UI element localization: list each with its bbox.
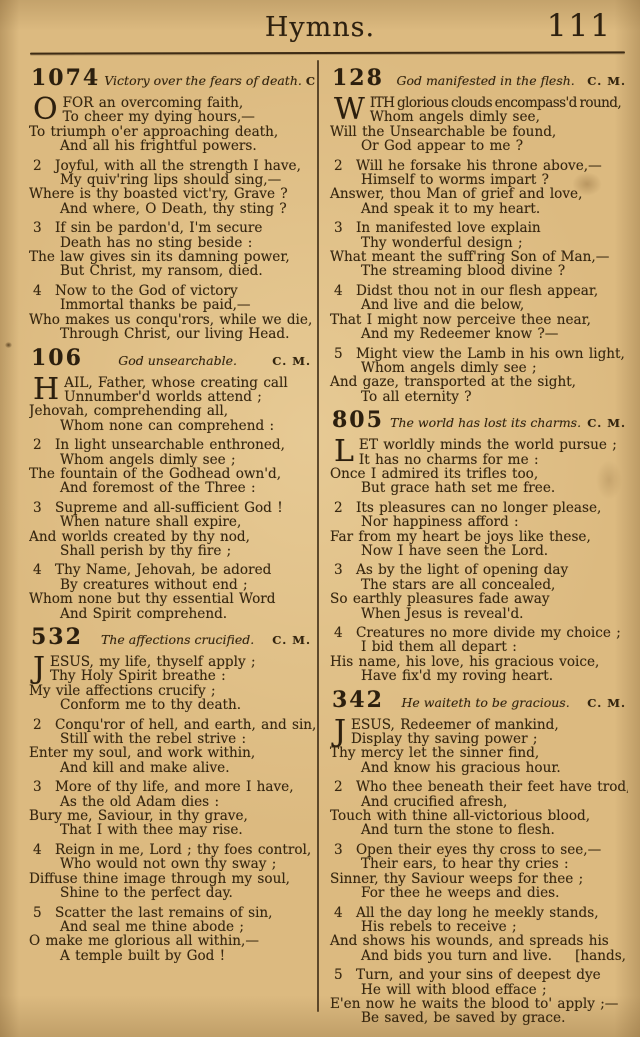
verse-line: I bid them all depart : bbox=[330, 640, 628, 654]
verse-line: ESUS, my life, thyself apply ; bbox=[29, 655, 313, 669]
stanza: 4Thy Name, Jehovah, be adoredBy creature… bbox=[29, 563, 313, 621]
verse-line: To all eternity ? bbox=[330, 390, 628, 404]
drop-cap: J bbox=[33, 656, 45, 682]
verse-line: Whom angels dimly see, bbox=[330, 110, 628, 124]
verse-line: 3As by the light of opening day bbox=[330, 563, 628, 577]
verse-line-text: And Spirit comprehend. bbox=[60, 606, 227, 622]
stanza: 2Joyful, with all the strength I have,My… bbox=[29, 159, 313, 217]
stanza: 2Will he forsake his throne above,—Himse… bbox=[330, 159, 628, 217]
stanza: 4Now to the God of victoryImmortal thank… bbox=[29, 284, 313, 342]
verse-line: 5Scatter the last remains of sin, bbox=[29, 906, 313, 920]
verse-line: And shows his wounds, and spreads his bbox=[330, 934, 628, 948]
verse-line-text: Through Christ, our living Head. bbox=[60, 326, 289, 342]
verse-line: Far from my heart be joys like these, bbox=[330, 530, 628, 544]
verse-line: A temple built by God ! bbox=[29, 949, 313, 963]
verse-line: By creatures without end ; bbox=[29, 578, 313, 592]
verse-line: Now I have seen the Lord. bbox=[330, 544, 628, 558]
hymn-title: He waiteth to be gracious. bbox=[384, 692, 587, 714]
columns: 1074Victory over the fears of death.C. M… bbox=[29, 60, 628, 1029]
verse-line: The law gives sin its damning power, bbox=[29, 250, 313, 264]
catchword: [hands, bbox=[575, 949, 628, 963]
hymn-heading: 1074Victory over the fears of death.C. M… bbox=[29, 67, 313, 92]
hymn-title: The affections crucified. bbox=[83, 629, 272, 651]
verse-line-text: And my Redeemer know ?— bbox=[361, 326, 558, 342]
verse-line: ET worldly minds the world pursue ; bbox=[330, 438, 628, 452]
verse-line: 3More of thy life, and more I have, bbox=[29, 780, 313, 794]
verse-line: AIL, Father, whose creating call bbox=[29, 376, 313, 390]
verse-line: And turn the stone to flesh. bbox=[330, 823, 628, 837]
verse-line: My vile affections crucify ; bbox=[29, 684, 313, 698]
drop-cap: W bbox=[334, 97, 365, 123]
verse-line: So earthly pleasures fade away bbox=[330, 592, 628, 606]
verse-line: When Jesus is reveal'd. bbox=[330, 607, 628, 621]
stanza: 2In light unsearchable enthroned,Whom an… bbox=[29, 438, 313, 496]
verse-line: Or God appear to me ? bbox=[330, 139, 628, 153]
hymn-heading: 805The world has lost its charms.C. M. bbox=[330, 409, 628, 434]
verse-line-text: That I with thee may rise. bbox=[60, 822, 243, 838]
hymn-column-right: 128God manifested in the flesh.C. M.WITH… bbox=[320, 60, 628, 1029]
hymn-title: Victory over the fears of death. bbox=[100, 70, 306, 92]
verse-line-text: And all his frightful powers. bbox=[60, 138, 257, 154]
stanza: HAIL, Father, whose creating callUnnumbe… bbox=[29, 376, 313, 434]
hymn-column-left: 1074Victory over the fears of death.C. M… bbox=[29, 60, 316, 1029]
stanza: JESUS, Redeemer of mankind,Display thy s… bbox=[330, 718, 628, 776]
verse-line: Diffuse thine image through my soul, bbox=[29, 872, 313, 886]
verse-number: 3 bbox=[334, 843, 356, 857]
verse-line: 3Supreme and all-sufficient God ! bbox=[29, 501, 313, 515]
hymn-title: God manifested in the flesh. bbox=[384, 70, 587, 92]
verse-number: 5 bbox=[334, 968, 356, 982]
stanza: WITH glorious clouds encompass'd round,W… bbox=[330, 96, 628, 154]
stanza: 3Supreme and all-sufficient God !When na… bbox=[29, 501, 313, 559]
verse-line: And live and die below, bbox=[330, 298, 628, 312]
hymn-heading: 342He waiteth to be gracious.C. M. bbox=[330, 689, 628, 714]
verse-line: 4Now to the God of victory bbox=[29, 284, 313, 298]
verse-number: 2 bbox=[33, 718, 55, 732]
verse-line: Enter my soul, and work within, bbox=[29, 746, 313, 760]
verse-line: O make me glorious all within,— bbox=[29, 934, 313, 948]
verse-line: Once I admired its trifles too, bbox=[330, 467, 628, 481]
verse-line: 3In manifested love explain bbox=[330, 221, 628, 235]
verse-number: 4 bbox=[334, 626, 356, 640]
verse-line: Jehovah, comprehending all, bbox=[29, 404, 313, 418]
verse-number: 4 bbox=[33, 284, 55, 298]
verse-line: The stars are all concealed, bbox=[330, 578, 628, 592]
verse-line-text: Be saved, be saved by grace. bbox=[361, 1010, 565, 1026]
verse-line-text: Whom none can comprehend : bbox=[60, 418, 274, 434]
verse-line-text: But grace hath set me free. bbox=[361, 480, 555, 496]
page-number: 111 bbox=[547, 8, 612, 44]
verse-number: 3 bbox=[33, 221, 55, 235]
verse-line: As the old Adam dies : bbox=[29, 795, 313, 809]
verse-line-text: But Christ, my ransom, died. bbox=[60, 263, 263, 279]
verse-number: 2 bbox=[334, 159, 356, 173]
column-divider bbox=[317, 60, 319, 1012]
verse-line: Sinner, thy Saviour weeps for thee ; bbox=[330, 872, 628, 886]
hymn-meter: C. M. bbox=[272, 629, 313, 651]
verse-line: His name, his love, his gracious voice, bbox=[330, 655, 628, 669]
verse-line-text: And where, O Death, thy sting ? bbox=[60, 201, 287, 217]
verse-line: Nor happiness afford : bbox=[330, 515, 628, 529]
stanza: 2Who thee beneath their feet have trod,A… bbox=[330, 780, 628, 838]
stanza: OFOR an overcoming faith,To cheer my dyi… bbox=[29, 96, 313, 154]
stanza: 5Turn, and your sins of deepest dyeHe wi… bbox=[330, 968, 628, 1026]
verse-line-text: Or God appear to me ? bbox=[361, 138, 523, 154]
verse-line: And gaze, transported at the sight, bbox=[330, 375, 628, 389]
verse-line: And where, O Death, thy sting ? bbox=[29, 202, 313, 216]
stanza: 3As by the light of opening dayThe stars… bbox=[330, 563, 628, 621]
verse-line: 4Didst thou not in our flesh appear, bbox=[330, 284, 628, 298]
hymn-number: 1074 bbox=[29, 67, 100, 89]
verse-line: Immortal thanks be paid,— bbox=[29, 298, 313, 312]
drop-cap: H bbox=[33, 377, 59, 403]
verse-line: His rebels to receive ; bbox=[330, 920, 628, 934]
verse-line: Display thy saving power ; bbox=[330, 732, 628, 746]
verse-line-text: And kill and make alive. bbox=[60, 760, 230, 776]
hymn-number: 532 bbox=[29, 626, 83, 648]
verse-line: And know his gracious hour. bbox=[330, 761, 628, 775]
verse-number: 4 bbox=[334, 284, 356, 298]
stanza: 4All the day long he meekly stands,His r… bbox=[330, 906, 628, 964]
verse-line-text: To all eternity ? bbox=[361, 389, 472, 405]
verse-line: To cheer my dying hours,— bbox=[29, 110, 313, 124]
verse-number: 3 bbox=[33, 501, 55, 515]
verse-line: That I with thee may rise. bbox=[29, 823, 313, 837]
verse-line-text: When Jesus is reveal'd. bbox=[361, 606, 524, 622]
verse-number: 2 bbox=[334, 501, 356, 515]
verse-line-text: And bids you turn and live. bbox=[361, 948, 552, 964]
verse-line: ITH glorious clouds encompass'd round, bbox=[330, 96, 628, 110]
hymn-heading: 532The affections crucified.C. M. bbox=[29, 626, 313, 651]
hymn-number: 106 bbox=[29, 347, 83, 369]
verse-number: 2 bbox=[334, 780, 356, 794]
verse-line-text: And foremost of the Three : bbox=[60, 480, 256, 496]
stanza: 4Didst thou not in our flesh appear,And … bbox=[330, 284, 628, 342]
hymn-number: 128 bbox=[330, 67, 384, 89]
verse-line: Himself to worms impart ? bbox=[330, 173, 628, 187]
header-rule bbox=[30, 51, 625, 54]
verse-line: When nature shall expire, bbox=[29, 515, 313, 529]
verse-line: Bury me, Saviour, in thy grave, bbox=[29, 809, 313, 823]
hymnal-page: Hymns. 111 1074Victory over the fears of… bbox=[0, 0, 640, 1037]
hymn-heading: 106God unsearchable.C. M. bbox=[29, 347, 313, 372]
verse-line: And worlds created by thy nod, bbox=[29, 530, 313, 544]
verse-line: Still with the rebel strive : bbox=[29, 732, 313, 746]
verse-line: Who makes us conqu'rors, while we die, bbox=[29, 313, 313, 327]
verse-line: 2Will he forsake his throne above,— bbox=[330, 159, 628, 173]
verse-line: Have fix'd my roving heart. bbox=[330, 669, 628, 683]
verse-line: Whom angels dimly see ; bbox=[29, 453, 313, 467]
verse-line: Shine to the perfect day. bbox=[29, 886, 313, 900]
paper-stain bbox=[5, 342, 12, 348]
verse-line: 4Creatures no more divide my choice ; bbox=[330, 626, 628, 640]
hymn-title: God unsearchable. bbox=[83, 350, 272, 372]
stanza: 3If sin be pardon'd, I'm secureDeath has… bbox=[29, 221, 313, 279]
verse-line: And kill and make alive. bbox=[29, 761, 313, 775]
verse-line: 2Its pleasures can no longer please, bbox=[330, 501, 628, 515]
verse-line: He will with blood efface ; bbox=[330, 983, 628, 997]
verse-line: Answer, thou Man of grief and love, bbox=[330, 187, 628, 201]
stanza: 5Scatter the last remains of sin,And sea… bbox=[29, 906, 313, 964]
verse-line: Unnumber'd worlds attend ; bbox=[29, 390, 313, 404]
verse-line-text: Now I have seen the Lord. bbox=[361, 543, 548, 559]
verse-line: And Spirit comprehend. bbox=[29, 607, 313, 621]
verse-line-text: Shall perish by thy fire ; bbox=[60, 543, 231, 559]
verse-line: Whom none can comprehend : bbox=[29, 419, 313, 433]
hymn-meter: C. M. bbox=[306, 70, 316, 92]
stanza: JESUS, my life, thyself apply ;Thy Holy … bbox=[29, 655, 313, 713]
verse-line: And seal me thine abode ; bbox=[29, 920, 313, 934]
hymn-heading: 128God manifested in the flesh.C. M. bbox=[330, 67, 628, 92]
verse-number: 3 bbox=[33, 780, 55, 794]
verse-line: E'en now he waits the blood to' apply ;— bbox=[330, 997, 628, 1011]
verse-line-text: The streaming blood divine ? bbox=[361, 263, 565, 279]
hymn-number: 342 bbox=[330, 689, 384, 711]
hymn-meter: C. M. bbox=[272, 350, 313, 372]
hymn-title: The world has lost its charms. bbox=[384, 412, 587, 434]
verse-line: 5Turn, and your sins of deepest dye bbox=[330, 968, 628, 982]
stanza: 4Reign in me, Lord ; thy foes control,Wh… bbox=[29, 843, 313, 901]
verse-line: FOR an overcoming faith, bbox=[29, 96, 313, 110]
verse-line: Conform me to thy death. bbox=[29, 698, 313, 712]
verse-line: And foremost of the Three : bbox=[29, 481, 313, 495]
verse-number: 4 bbox=[334, 906, 356, 920]
verse-line: Through Christ, our living Head. bbox=[29, 327, 313, 341]
verse-number: 5 bbox=[334, 347, 356, 361]
stanza: 3More of thy life, and more I have,As th… bbox=[29, 780, 313, 838]
verse-line-text: And turn the stone to flesh. bbox=[361, 822, 555, 838]
verse-line: [hands,And bids you turn and live. bbox=[330, 949, 628, 963]
drop-cap: J bbox=[334, 719, 346, 745]
running-title: Hymns. bbox=[0, 12, 640, 43]
verse-line: Be saved, be saved by grace. bbox=[330, 1011, 628, 1025]
page-header: Hymns. 111 bbox=[0, 0, 640, 52]
verse-line: Their ears, to hear thy cries : bbox=[330, 857, 628, 871]
verse-number: 2 bbox=[33, 438, 55, 452]
drop-cap: O bbox=[33, 97, 58, 123]
verse-line: What meant the suff'ring Son of Man,— bbox=[330, 250, 628, 264]
verse-line-text: A temple built by God ! bbox=[60, 948, 225, 964]
hymn-meter: C. M. bbox=[587, 412, 628, 434]
hymn-meter: C. M. bbox=[587, 692, 628, 714]
verse-line: 4Reign in me, Lord ; thy foes control, bbox=[29, 843, 313, 857]
verse-line: But grace hath set me free. bbox=[330, 481, 628, 495]
verse-line: Where is thy boasted vict'ry, Grave ? bbox=[29, 187, 313, 201]
verse-line: 2Conqu'ror of hell, and earth, and sin, bbox=[29, 718, 313, 732]
verse-number: 3 bbox=[334, 563, 356, 577]
verse-line: Death has no sting beside : bbox=[29, 236, 313, 250]
stanza: 3Open their eyes thy cross to see,—Their… bbox=[330, 843, 628, 901]
verse-line: 3If sin be pardon'd, I'm secure bbox=[29, 221, 313, 235]
verse-line: Whom none but thy essential Word bbox=[29, 592, 313, 606]
verse-line: 4All the day long he meekly stands, bbox=[330, 906, 628, 920]
verse-line: That I might now perceive thee near, bbox=[330, 313, 628, 327]
stanza: LET worldly minds the world pursue ;It h… bbox=[330, 438, 628, 496]
verse-line-text: And know his gracious hour. bbox=[361, 760, 561, 776]
stanza: 5Might view the Lamb in his own light,Wh… bbox=[330, 347, 628, 405]
verse-line: My quiv'ring lips should sing,— bbox=[29, 173, 313, 187]
verse-number: 3 bbox=[334, 221, 356, 235]
verse-line: The streaming blood divine ? bbox=[330, 264, 628, 278]
verse-line-text: Have fix'd my roving heart. bbox=[361, 668, 553, 684]
stanza: 2Conqu'ror of hell, and earth, and sin,S… bbox=[29, 718, 313, 776]
verse-line: For thee he weeps and dies. bbox=[330, 886, 628, 900]
verse-line: And crucified afresh, bbox=[330, 795, 628, 809]
verse-line: Whom angels dimly see ; bbox=[330, 361, 628, 375]
verse-line-text: Conform me to thy death. bbox=[60, 697, 241, 713]
verse-line: The fountain of the Godhead own'd, bbox=[29, 467, 313, 481]
verse-line-text: And speak it to my heart. bbox=[361, 201, 540, 217]
verse-line: ESUS, Redeemer of mankind, bbox=[330, 718, 628, 732]
verse-line: And speak it to my heart. bbox=[330, 202, 628, 216]
verse-number: 5 bbox=[33, 906, 55, 920]
verse-line: 2In light unsearchable enthroned, bbox=[29, 438, 313, 452]
verse-line: Touch with thine all-victorious blood, bbox=[330, 809, 628, 823]
hymn-meter: C. M. bbox=[587, 70, 628, 92]
verse-line: To triumph o'er approaching death, bbox=[29, 125, 313, 139]
verse-line: Will the Unsearchable be found, bbox=[330, 125, 628, 139]
verse-number: 2 bbox=[33, 159, 55, 173]
verse-line: Thy wonderful design ; bbox=[330, 236, 628, 250]
verse-line: 5Might view the Lamb in his own light, bbox=[330, 347, 628, 361]
verse-line: And all his frightful powers. bbox=[29, 139, 313, 153]
verse-line: It has no charms for me : bbox=[330, 453, 628, 467]
verse-line: But Christ, my ransom, died. bbox=[29, 264, 313, 278]
verse-line: 2Joyful, with all the strength I have, bbox=[29, 159, 313, 173]
verse-line: 2Who thee beneath their feet have trod, bbox=[330, 780, 628, 794]
stanza: 3In manifested love explainThy wonderful… bbox=[330, 221, 628, 279]
verse-line: Thy Holy Spirit breathe : bbox=[29, 669, 313, 683]
verse-line: 4Thy Name, Jehovah, be adored bbox=[29, 563, 313, 577]
verse-line: Thy mercy let the sinner find, bbox=[330, 746, 628, 760]
verse-line-text: For thee he weeps and dies. bbox=[361, 885, 559, 901]
drop-cap: L bbox=[334, 439, 354, 465]
verse-number: 4 bbox=[33, 563, 55, 577]
verse-line: Shall perish by thy fire ; bbox=[29, 544, 313, 558]
verse-line-text: Shine to the perfect day. bbox=[60, 885, 233, 901]
hymn-number: 805 bbox=[330, 409, 384, 431]
stanza: 2Its pleasures can no longer please,Nor … bbox=[330, 501, 628, 559]
verse-line: Who would not own thy sway ; bbox=[29, 857, 313, 871]
verse-line: And my Redeemer know ?— bbox=[330, 327, 628, 341]
verse-line: 3Open their eyes thy cross to see,— bbox=[330, 843, 628, 857]
stanza: 4Creatures no more divide my choice ;I b… bbox=[330, 626, 628, 684]
verse-number: 4 bbox=[33, 843, 55, 857]
